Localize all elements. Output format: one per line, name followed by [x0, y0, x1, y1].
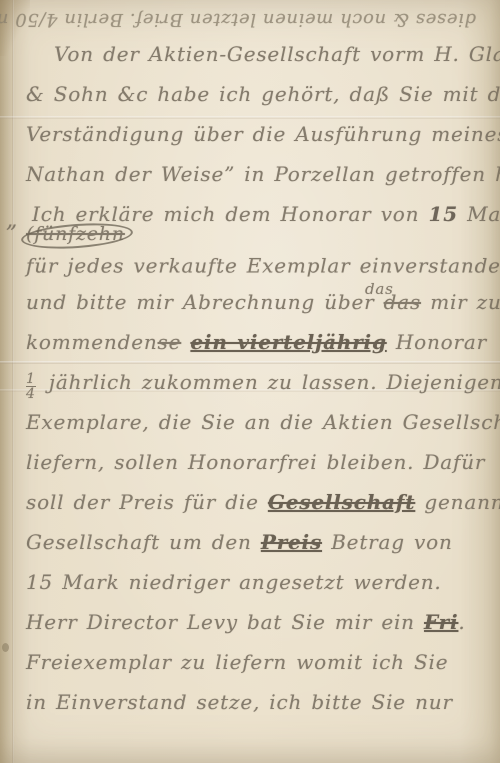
text-run-struck-dark: Gesellschaft: [268, 490, 415, 514]
text-run: & Sohn &c habe ich gehört, daß Sie mit d…: [26, 82, 500, 106]
text-run: für jedes verkaufte Exemplar einverstand…: [26, 254, 500, 278]
letter-line: 14 jährlich zukommen zu lassen. Diejenig…: [26, 362, 494, 402]
text-run-bold: 15: [428, 202, 457, 226]
text-run: Nathan der Weise” in Porzellan getroffen…: [26, 162, 500, 186]
text-run: Honorar: [387, 330, 487, 354]
text-run: und bitte mir Abrechnung über: [26, 290, 384, 314]
text-run: Gesellschaft um den: [26, 530, 261, 554]
letter-scan-page: dieses & noch meinen letzten Brief. Berl…: [0, 0, 500, 763]
text-run: Herr Director Levy bat Sie mir ein: [26, 610, 424, 634]
text-run: Mark: [458, 202, 500, 226]
text-run: mir zu=: [421, 290, 500, 314]
text-run: genannte: [415, 490, 500, 514]
letter-line: kommendense ein vierteljährig Honorar: [26, 322, 494, 362]
letter-line: in Einverstand setze, ich bitte Sie nur: [26, 682, 494, 722]
letter-line: 15 Mark niedriger angesetzt werden.: [26, 562, 494, 602]
letter-line: für jedes verkaufte Exemplar einverstand…: [26, 242, 494, 282]
letter-line: & Sohn &c habe ich gehört, daß Sie mit d…: [26, 74, 494, 114]
letter-body: Von der Aktien-Gesellschaft vorm H. Glad…: [26, 34, 494, 722]
fraction-one-quarter: 14: [26, 372, 36, 401]
text-run: soll der Preis für die: [26, 490, 268, 514]
text-run: jährlich zukommen zu lassen. Diejenigen: [40, 370, 500, 394]
text-run-struck-dark: Fri: [424, 610, 458, 634]
letter-line: Nathan der Weise” in Porzellan getroffen…: [26, 154, 494, 194]
text-run: in Einverstand setze, ich bitte Sie nur: [26, 690, 453, 714]
letter-line: Verständigung über die Ausführung meines: [26, 114, 494, 154]
letter-line: soll der Preis für die Gesellschaft gena…: [26, 482, 494, 522]
text-run: .: [458, 610, 465, 634]
text-run: Betrag von: [322, 530, 453, 554]
letter-line: Von der Aktien-Gesellschaft vorm H. Glad…: [26, 34, 494, 74]
letter-line: Freiexemplar zu liefern womit ich Sie: [26, 642, 494, 682]
letter-line: und bitte mir Abrechnung über dasdas mir…: [26, 282, 494, 322]
paper-stain: [2, 643, 9, 652]
text-run: Exemplare, die Sie an die Aktien Gesells…: [26, 410, 500, 434]
inverted-top-line: dieses & noch meinen letzten Brief. Berl…: [28, 2, 476, 36]
text-run-struck: se: [158, 330, 182, 354]
text-run: kommenden: [26, 330, 158, 354]
text-run: Von der Aktien-Gesellschaft vorm H. Glad…: [54, 42, 500, 66]
letter-line: Herr Director Levy bat Sie mir ein Fri.: [26, 602, 494, 642]
text-run: liefern, sollen Honorarfrei bleiben. Daf…: [26, 450, 485, 474]
letter-line: liefern, sollen Honorarfrei bleiben. Daf…: [26, 442, 494, 482]
text-run-struck-dark: ein vierteljährig: [190, 330, 386, 354]
text-run-scribble: (fünfzehn: [26, 223, 125, 245]
letter-line: Exemplare, die Sie an die Aktien Gesells…: [26, 402, 494, 442]
letter-line: Gesellschaft um den Preis Betrag von: [26, 522, 494, 562]
margin-quote-mark: „: [6, 208, 17, 233]
paper-fold-edge: [12, 0, 14, 763]
text-run: 15 Mark niedriger angesetzt werden.: [26, 570, 442, 594]
text-run: Verständigung über die Ausführung meines: [26, 122, 500, 146]
text-run-struck-dark: Preis: [261, 530, 322, 554]
text-run: Freiexemplar zu liefern womit ich Sie: [26, 650, 448, 674]
